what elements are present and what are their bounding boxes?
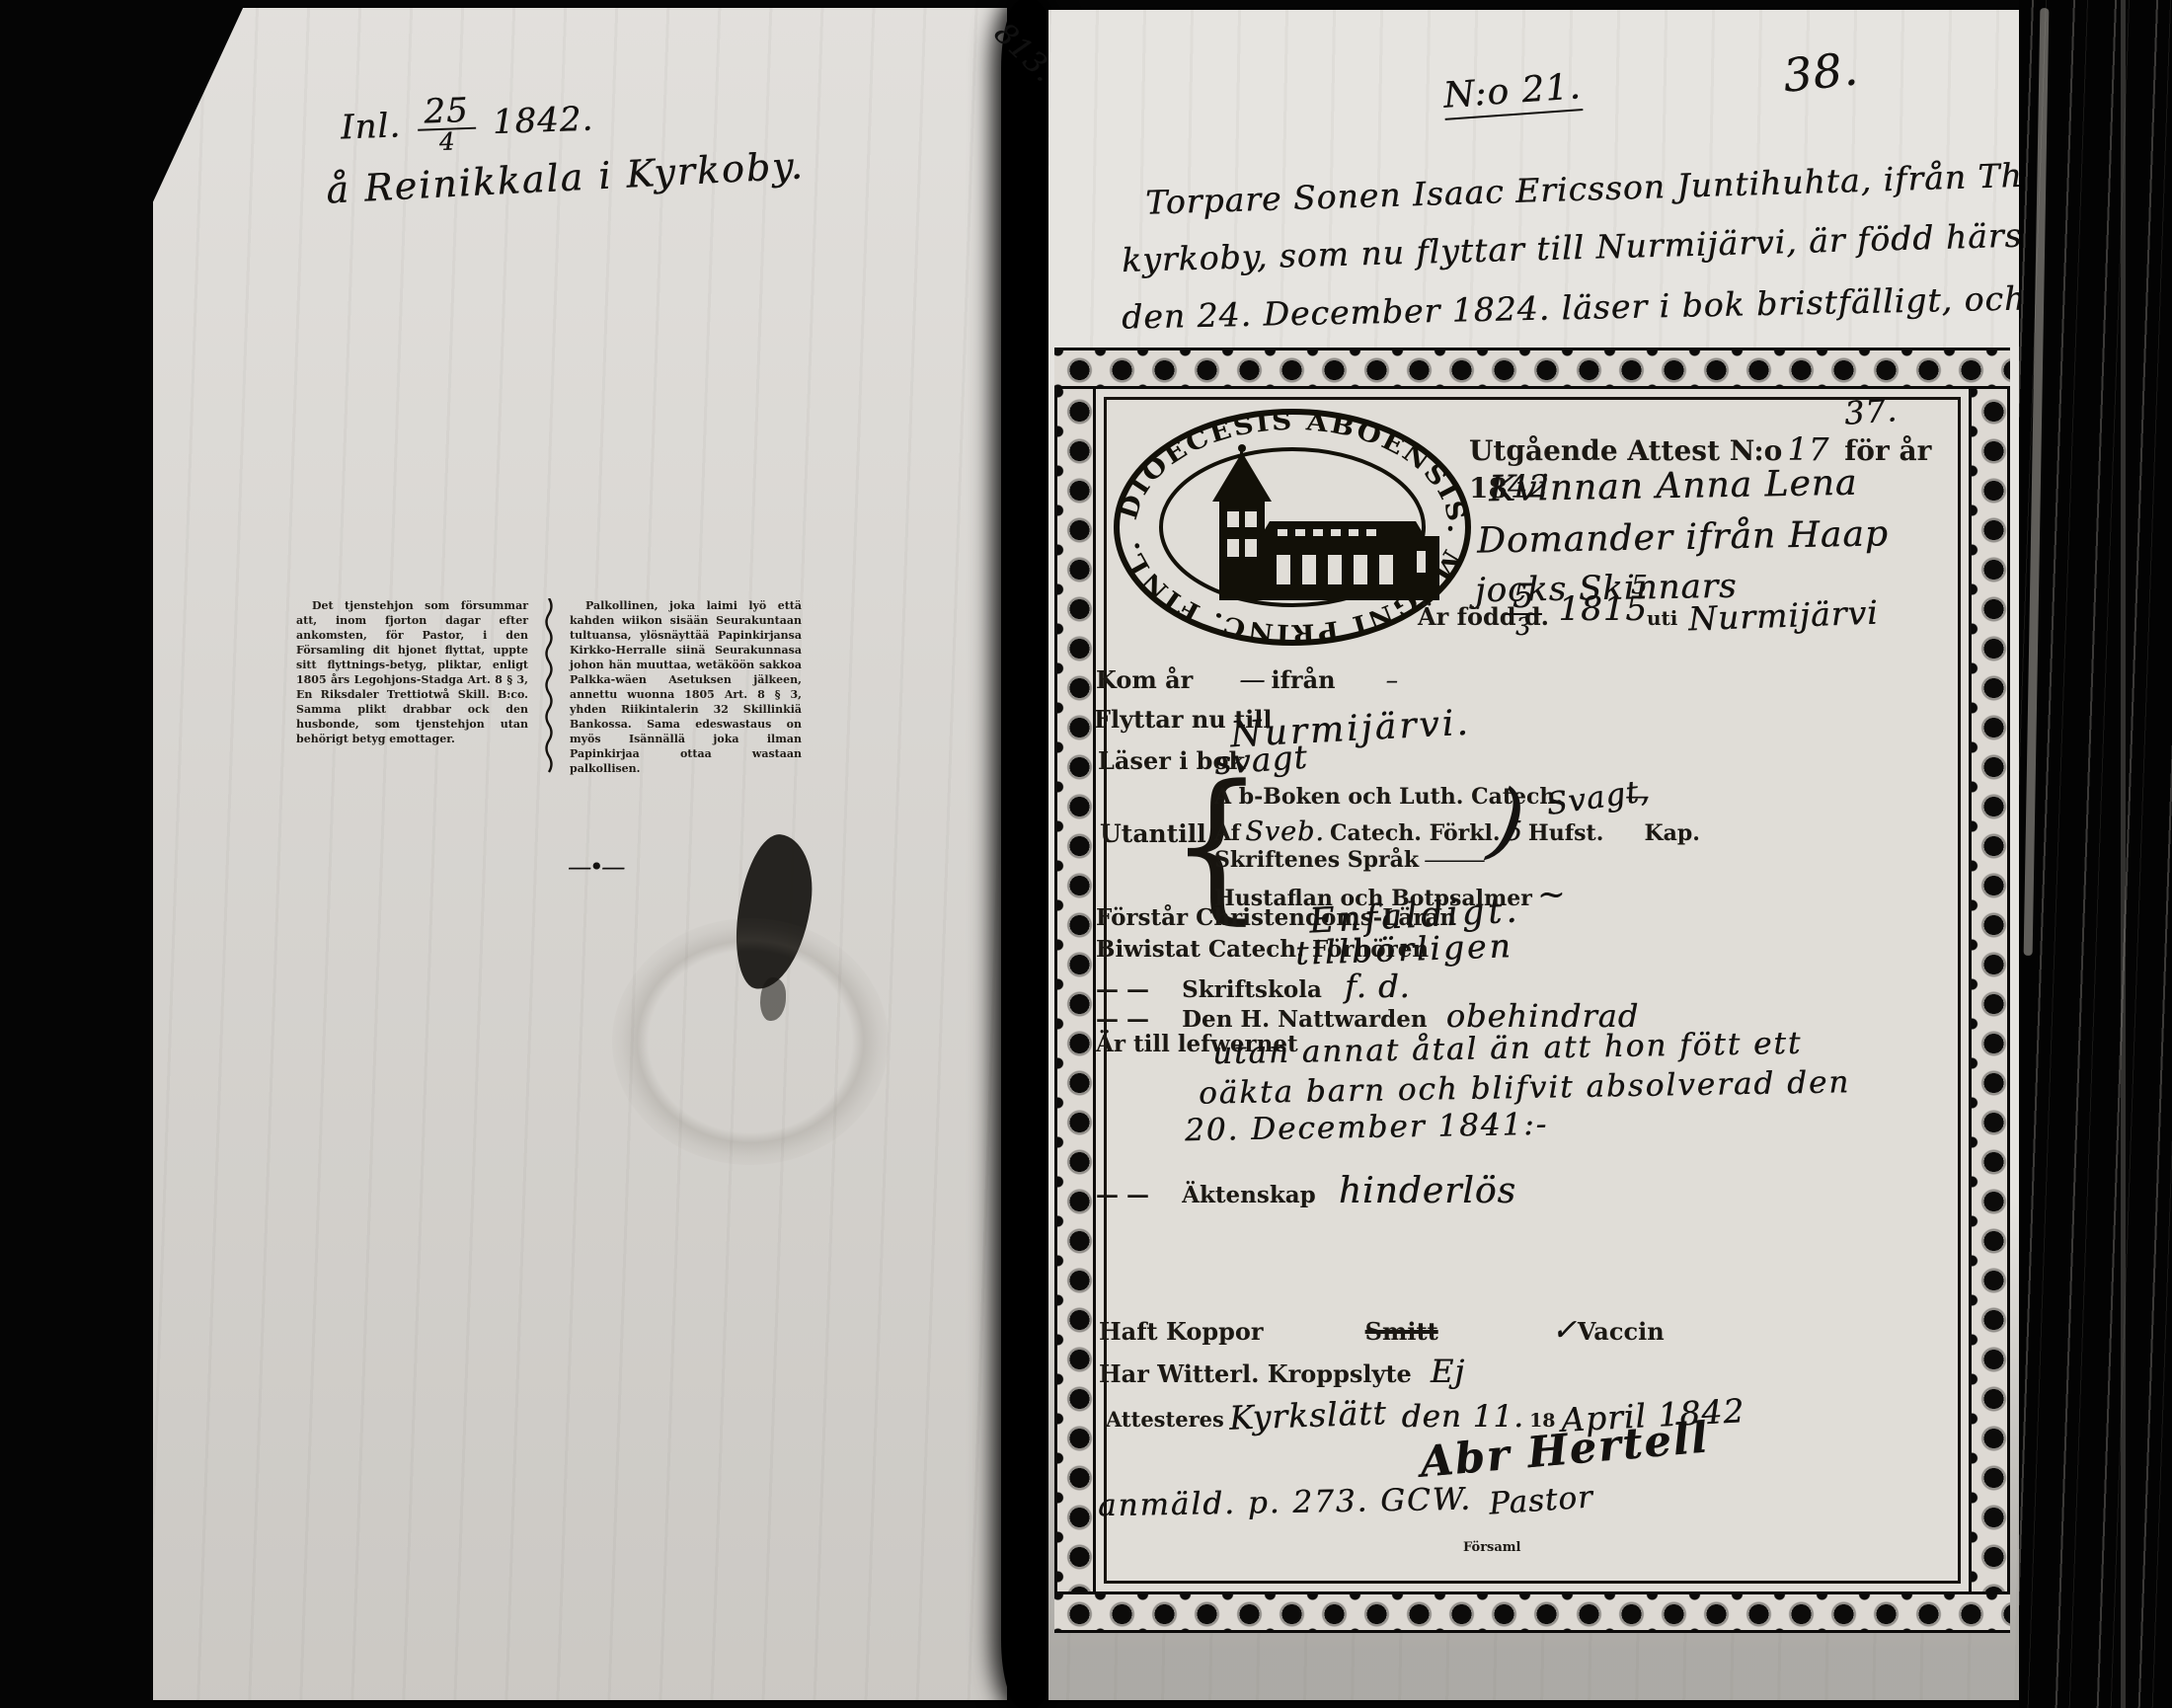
kom-ar-label: Kom år (1096, 665, 1193, 694)
legal-notice: Det tjenstehjon som försummar att, inom … (296, 598, 802, 776)
born-uti: uti (1647, 606, 1677, 630)
received-date-year: 1842. (492, 100, 594, 143)
page-edge-highlight-2 (2121, 0, 2126, 1708)
koppor-label: Haft Koppor (1099, 1317, 1264, 1346)
row-kroppslyte: Har Witterl. Kroppslyte Ej (1099, 1353, 1465, 1390)
received-date-note: Inl. 254 1842. (340, 91, 594, 157)
kom-ar-ifran: ifrån (1271, 665, 1335, 694)
utantill-row-3: Skriftenes Språk ——— (1214, 847, 1483, 873)
legal-text-swedish: Det tjenstehjon som försummar att, inom … (296, 598, 528, 746)
kom-ar-dash2: – (1386, 666, 1399, 694)
born-month: 3 (1506, 615, 1542, 638)
attest-mid: den 11. (1402, 1399, 1524, 1435)
attest-header-mid: för år (1844, 434, 1931, 467)
legal-text-finnish: Palkollinen, joka laimi lyö että kahden … (570, 598, 802, 776)
lefwernet-line-3: 20. December 1841:- (1185, 1107, 1549, 1148)
aktenskap-value: hinderlös (1339, 1171, 1516, 1211)
border-left (1054, 389, 1096, 1592)
nattwarden-label: Den H. Nattwarden (1182, 1006, 1428, 1033)
certificate: 37. DIOECESIS ABOENSIS. MAGNI PRINC. FIN… (1054, 348, 2010, 1633)
attest-label: Attesteres (1106, 1407, 1224, 1432)
utantill-row2-mid2: Hufst. (1528, 820, 1603, 846)
forsaml-print: Församl (1463, 1540, 1520, 1555)
border-right (1969, 389, 2010, 1592)
utantill-row2-hw2: 5 (1506, 816, 1523, 847)
row-koppor: Haft Koppor Smitt ✓Vaccin (1099, 1313, 1665, 1348)
border-top (1054, 348, 2010, 389)
photo-corner-shadow (150, 6, 244, 208)
utantill-row2-hw1: Sveb. (1245, 816, 1325, 847)
utantill-row2-mid: Catech. Förkl. (1330, 820, 1501, 846)
row-aktenskap: — — Äktenskap hinderlös (1096, 1171, 1516, 1211)
received-date-month: 4 (418, 129, 477, 154)
utantill-row-2: Af Sveb. Catech. Förkl. 5 Hufst. Kap. (1214, 816, 1700, 847)
water-stain (612, 918, 889, 1165)
born-date: 53 1815 (1501, 581, 1648, 639)
koppor-smitt: Smitt (1365, 1317, 1438, 1346)
utantill-row2-end: Kap. (1644, 820, 1699, 846)
born-place: Nurmijärvi (1687, 593, 1879, 639)
attest-place: Kyrkslätt (1228, 1393, 1387, 1437)
biwistat-value: tillbörligen (1294, 926, 1513, 972)
born-day: 5 (1506, 581, 1542, 615)
received-date-prefix: Inl. (340, 106, 401, 147)
kroppslyte-value: Ej (1431, 1353, 1465, 1390)
utantill-row3-label: Skriftenes Språk (1214, 847, 1419, 873)
kroppslyte-label: Har Witterl. Kroppslyte (1099, 1359, 1412, 1388)
book-scan: Inl. 254 1842. å Reinikkala i Kyrkoby. D… (0, 0, 2172, 1708)
column-divider-squiggle (542, 598, 556, 776)
born-year: 1815 (1558, 589, 1648, 629)
aktenskap-dashes: — — (1096, 1182, 1149, 1208)
utantill-row3-dash: ——— (1424, 848, 1483, 873)
holder-line-2: Domander ifrån Haap (1477, 513, 1889, 561)
nattwarden-dashes: — — (1096, 1006, 1149, 1033)
anmald-note: anmäld. p. 273. GCW. (1098, 1482, 1473, 1524)
folio-number: 38. (1780, 41, 1860, 103)
certificate-page-number: 37. (1843, 391, 1899, 432)
holder-line-1: Kvinnan Anna Lena (1489, 463, 1858, 510)
utantill-row2-pre: Af (1214, 820, 1240, 846)
koppor-vaccin: Vaccin (1578, 1317, 1665, 1346)
pen-flourish: —•— (568, 853, 623, 881)
row-kom-ar: Kom år — ifrån – (1096, 665, 1399, 695)
aktenskap-label: Äktenskap (1182, 1182, 1316, 1208)
koppor-check: ✓ (1552, 1313, 1578, 1348)
attest-number: 17 (1787, 430, 1829, 468)
utantill-row4-value: ~ (1537, 875, 1567, 914)
church-icon (1212, 444, 1439, 600)
border-bottom (1054, 1592, 2010, 1633)
received-date-day: 25 (417, 95, 476, 131)
received-date-fraction: 254 (417, 95, 477, 155)
signature-title: Pastor (1488, 1479, 1594, 1521)
book-gutter (1001, 0, 1054, 1708)
kom-ar-dash: — (1239, 665, 1266, 695)
attest-header-label: Utgående Attest N:o (1469, 434, 1782, 467)
